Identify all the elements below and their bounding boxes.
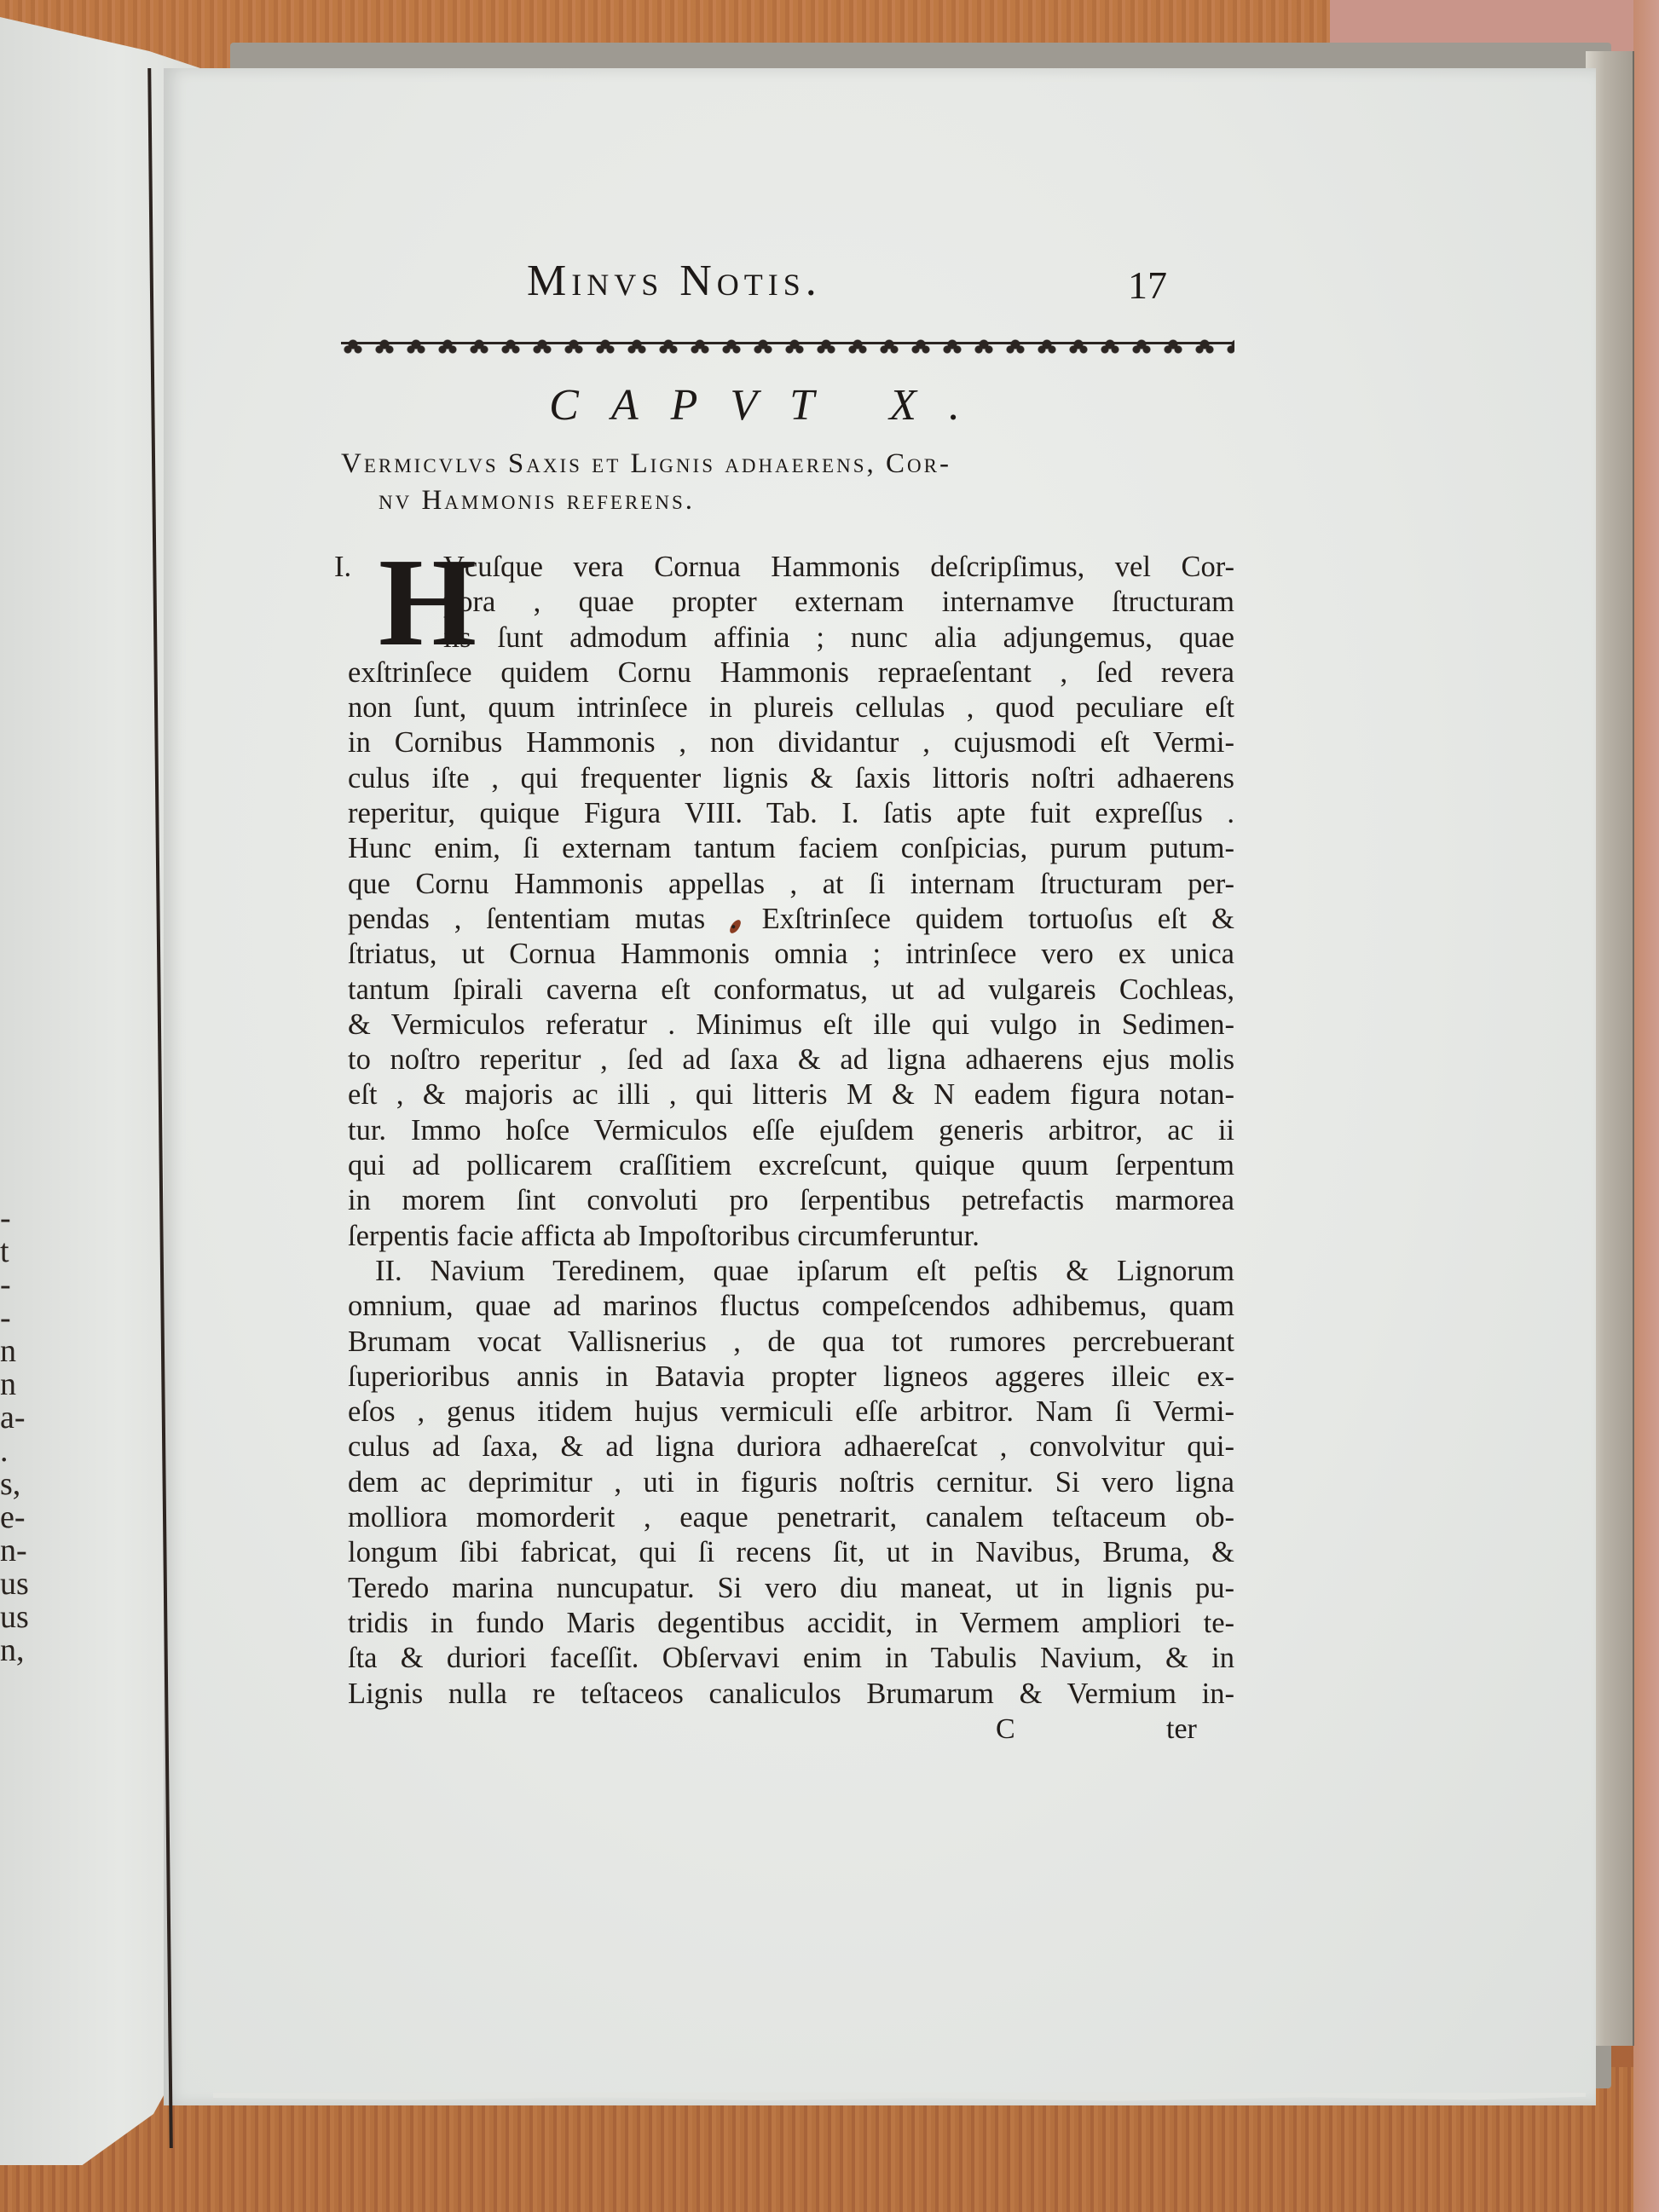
- drop-cap: H: [379, 548, 477, 657]
- page-footer: C ter: [341, 1713, 1234, 1756]
- catchword: ter: [1166, 1713, 1197, 1746]
- running-title: Minvs Notis.: [527, 256, 822, 306]
- subtitle-line: nv Hammonis referens.: [341, 482, 1234, 519]
- text-line: in morem ſint convoluti pro ſerpentibus …: [341, 1183, 1234, 1218]
- text-line: pendas , ſententiam mutas . Exſtrinſece …: [341, 902, 1234, 937]
- section-number: I.: [334, 550, 351, 585]
- text-line: eſt , & majoris ac illi , qui litteris M…: [341, 1077, 1234, 1112]
- text-line: to noſtro reperitur , ſed ad ſaxa & ad l…: [341, 1042, 1234, 1077]
- fragment: n: [0, 1335, 34, 1368]
- text-line: ſuperioribus annis in Batavia propter li…: [341, 1360, 1234, 1395]
- fragment: a-: [0, 1401, 34, 1435]
- chapter-heading: CAPVT X.: [307, 380, 1234, 430]
- text-line: omnium, quae ad marinos fluctus compeſce…: [341, 1289, 1234, 1324]
- paragraph-1: I. H Vcuſque vera Cornua Hammonis deſcri…: [341, 550, 1234, 656]
- chapter-subtitle: Vermicvlvs Saxis et Lignis adhaerens, Co…: [341, 446, 1234, 519]
- text-line: non ſunt, quum intrinſece in plureis cel…: [341, 690, 1234, 725]
- fragment: n,: [0, 1634, 34, 1667]
- fragment: us: [0, 1568, 34, 1601]
- text-line: Hunc enim, ſi externam tantum faciem con…: [341, 831, 1234, 866]
- page-number: 17: [1128, 263, 1167, 308]
- fragment: n-: [0, 1534, 34, 1568]
- text-line: ſerpentis facie afficta ab Impoſtoribus …: [341, 1219, 1234, 1254]
- running-head: Minvs Notis. 17: [341, 256, 1234, 324]
- table-surface-right: [1633, 0, 1659, 2212]
- subtitle-line: Vermicvlvs Saxis et Lignis adhaerens, Co…: [341, 448, 951, 479]
- text-line: culus iſte , qui frequenter lignis & ſax…: [341, 761, 1234, 796]
- fragment: -: [0, 1202, 34, 1235]
- text-line: reperitur, quique Figura VIII. Tab. I. ſ…: [341, 796, 1234, 831]
- paragraph-1-continued: exſtrinſece quidem Cornu Hammonis reprae…: [341, 656, 1234, 1254]
- fleuron-ornament-icon: [341, 338, 1234, 356]
- text-line: Lignis nulla re teſtaceos canaliculos Br…: [341, 1677, 1234, 1712]
- signature-mark: C: [996, 1713, 1015, 1746]
- page-content: Minvs Notis. 17 CAPVT X. Vermicvlvs Saxi…: [341, 256, 1234, 1756]
- text-line: eſos , genus itidem hujus vermiculi eſſe…: [341, 1395, 1234, 1429]
- text-line: in Cornibus Hammonis , non dividantur , …: [341, 725, 1234, 760]
- text-line: & Vermiculos referatur . Minimus eſt ill…: [341, 1008, 1234, 1042]
- fragment: -: [0, 1302, 34, 1335]
- text-line: ſta & duriori faceſſit. Obſervavi enim i…: [341, 1641, 1234, 1676]
- text-line: qui ad pollicarem craſſitiem excreſcunt,…: [341, 1148, 1234, 1183]
- fragment: s,: [0, 1468, 34, 1501]
- fragment: n: [0, 1368, 34, 1401]
- body-text: I. H Vcuſque vera Cornua Hammonis deſcri…: [341, 550, 1234, 1712]
- fragment: .: [0, 1435, 34, 1468]
- text-line: tridis in fundo Maris degentibus accidit…: [341, 1606, 1234, 1641]
- text-line: que Cornu Hammonis appellas , at ſi inte…: [341, 867, 1234, 902]
- text-line: ſtriatus, ut Cornua Hammonis omnia ; int…: [341, 937, 1234, 972]
- text-line: Teredo marina nuncupatur. Si vero diu ma…: [341, 1571, 1234, 1606]
- text-line: tur. Immo hoſce Vermiculos eſſe ejuſdem …: [341, 1113, 1234, 1148]
- text-line: molliora momorderit , eaque penetrarit, …: [341, 1500, 1234, 1535]
- text-line: II. Navium Teredinem, quae ipſarum eſt p…: [341, 1254, 1234, 1289]
- text-line: longum ſibi fabricat, qui ſi recens ſit,…: [341, 1535, 1234, 1570]
- text-line: dem ac deprimitur , uti in figuris noſtr…: [341, 1465, 1234, 1500]
- fragment: e-: [0, 1501, 34, 1534]
- fragment: t: [0, 1235, 34, 1268]
- paragraph-2: II. Navium Teredinem, quae ipſarum eſt p…: [341, 1254, 1234, 1712]
- text-line: culus ad ſaxa, & ad ligna duriora adhaer…: [341, 1429, 1234, 1464]
- left-page-text-fragments: - t - - n n a- . s, e- n- us us n,: [0, 1202, 34, 1667]
- fragment: us: [0, 1601, 34, 1634]
- text-line: Brumam vocat Vallisnerius , de qua tot r…: [341, 1325, 1234, 1360]
- text-line: tantum ſpirali caverna eſt conformatus, …: [341, 973, 1234, 1008]
- fragment: -: [0, 1268, 34, 1302]
